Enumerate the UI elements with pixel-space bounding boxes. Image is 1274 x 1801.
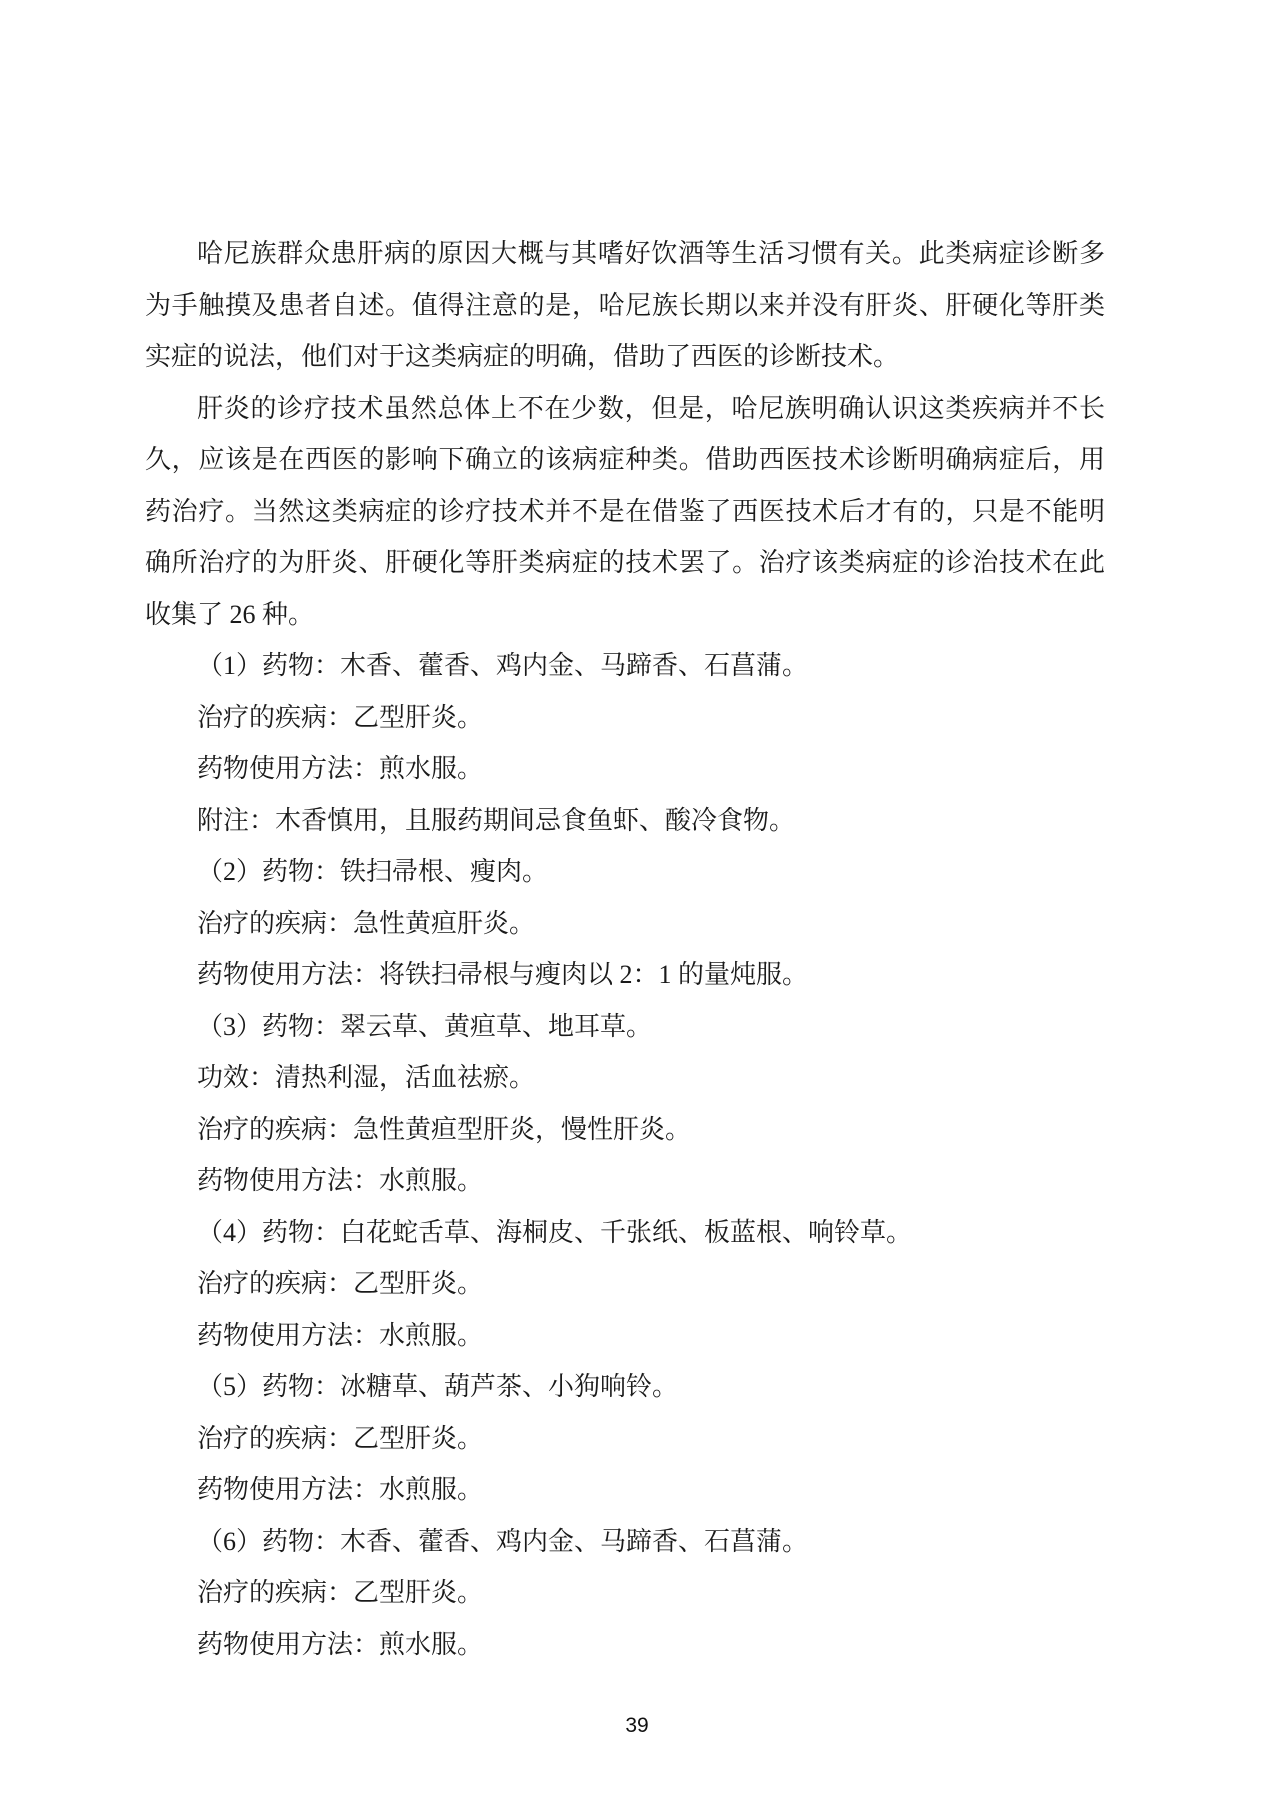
intro-paragraph: 哈尼族群众患肝病的原因大概与其嗜好饮酒等生活习惯有关。此类病症诊断多为手触摸及患… [145,228,1105,383]
remedy-5-usage: 药物使用方法：水煎服。 [145,1464,1105,1516]
remedy-3-usage: 药物使用方法：水煎服。 [145,1155,1105,1207]
remedy-4-drugs: （4）药物：白花蛇舌草、海桐皮、千张纸、板蓝根、响铃草。 [145,1207,1105,1259]
remedy-4-usage: 药物使用方法：水煎服。 [145,1310,1105,1362]
remedy-6-drugs: （6）药物：木香、藿香、鸡内金、马蹄香、石菖蒲。 [145,1516,1105,1568]
intro-paragraph: 肝炎的诊疗技术虽然总体上不在少数，但是，哈尼族明确认识这类疾病并不长久，应该是在… [145,383,1105,641]
remedy-2-drugs: （2）药物：铁扫帚根、瘦肉。 [145,846,1105,898]
remedy-1-usage: 药物使用方法：煎水服。 [145,743,1105,795]
remedy-3-drugs: （3）药物：翠云草、黄疸草、地耳草。 [145,1001,1105,1053]
remedy-3-effect: 功效：清热利湿，活血祛瘀。 [145,1052,1105,1104]
remedy-1-disease: 治疗的疾病：乙型肝炎。 [145,692,1105,744]
page-footer: 39 [0,1714,1274,1738]
remedy-1-drugs: （1）药物：木香、藿香、鸡内金、马蹄香、石菖蒲。 [145,640,1105,692]
remedy-5-disease: 治疗的疾病：乙型肝炎。 [145,1413,1105,1465]
remedy-2-disease: 治疗的疾病：急性黄疸肝炎。 [145,898,1105,950]
remedy-6-usage: 药物使用方法：煎水服。 [145,1619,1105,1671]
document-body: 哈尼族群众患肝病的原因大概与其嗜好饮酒等生活习惯有关。此类病症诊断多为手触摸及患… [145,228,1105,1670]
remedy-5-drugs: （5）药物：冰糖草、葫芦茶、小狗响铃。 [145,1361,1105,1413]
remedy-3-disease: 治疗的疾病：急性黄疸型肝炎，慢性肝炎。 [145,1104,1105,1156]
remedy-1-note: 附注：木香慎用，且服药期间忌食鱼虾、酸冷食物。 [145,795,1105,847]
remedy-4-disease: 治疗的疾病：乙型肝炎。 [145,1258,1105,1310]
remedy-6-disease: 治疗的疾病：乙型肝炎。 [145,1567,1105,1619]
document-page: 哈尼族群众患肝病的原因大概与其嗜好饮酒等生活习惯有关。此类病症诊断多为手触摸及患… [0,0,1274,1801]
page-number: 39 [625,1714,648,1737]
remedy-2-usage: 药物使用方法：将铁扫帚根与瘦肉以 2：1 的量炖服。 [145,949,1105,1001]
